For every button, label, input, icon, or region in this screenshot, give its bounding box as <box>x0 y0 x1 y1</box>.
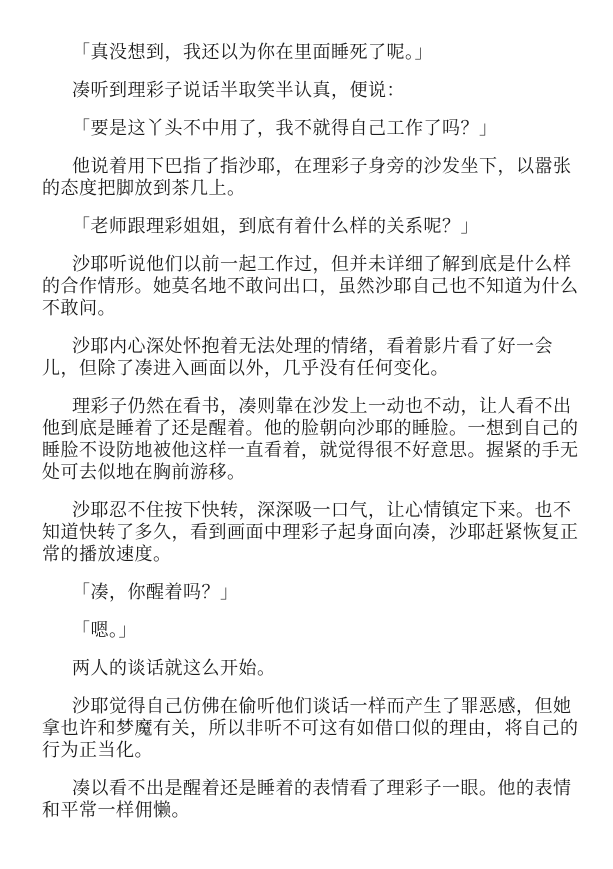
paragraph-narration: 两人的谈话就这么开始。 <box>42 657 579 679</box>
paragraph-dialogue: 「真没想到，我还以为你在里面睡死了呢。」 <box>42 41 579 63</box>
paragraph-narration: 他说着用下巴指了指沙耶，在理彩子身旁的沙发坐下，以嚣张的态度把脚放到茶几上。 <box>42 155 579 199</box>
paragraph-narration: 凑以看不出是醒着还是睡着的表情看了理彩子一眼。他的表情和平常一样佣懒。 <box>42 777 579 821</box>
text-content: 「真没想到，我还以为你在里面睡死了呢。」 凑听到理彩子说话半取笑半认真，便说： … <box>42 41 579 821</box>
paragraph-narration: 沙耶忍不住按下快转，深深吸一口气，让心情镇定下来。也不知道快转了多久，看到画面中… <box>42 499 579 565</box>
paragraph-dialogue: 「老师跟理彩姐姐，到底有着什么样的关系呢？」 <box>42 215 579 237</box>
paragraph-narration: 沙耶觉得自己仿佛在偷听他们谈话一样而产生了罪恶感，但她拿也许和梦魔有关，所以非听… <box>42 695 579 761</box>
paragraph-narration: 凑听到理彩子说话半取笑半认真，便说： <box>42 79 579 101</box>
paragraph-dialogue: 「凑，你醒着吗？」 <box>42 581 579 603</box>
paragraph-dialogue: 「要是这丫头不中用了，我不就得自己工作了吗？」 <box>42 117 579 139</box>
document-page: 「真没想到，我还以为你在里面睡死了呢。」 凑听到理彩子说话半取笑半认真，便说： … <box>0 0 613 869</box>
paragraph-narration: 沙耶听说他们以前一起工作过，但并未详细了解到底是什么样的合作情形。她莫名地不敢问… <box>42 253 579 319</box>
paragraph-narration: 沙耶内心深处怀抱着无法处理的情绪，看着影片看了好一会儿，但除了凑进入画面以外，几… <box>42 335 579 379</box>
paragraph-dialogue: 「嗯。」 <box>42 619 579 641</box>
paragraph-narration: 理彩子仍然在看书，凑则靠在沙发上一动也不动，让人看不出他到底是睡着了还是醒着。他… <box>42 395 579 483</box>
